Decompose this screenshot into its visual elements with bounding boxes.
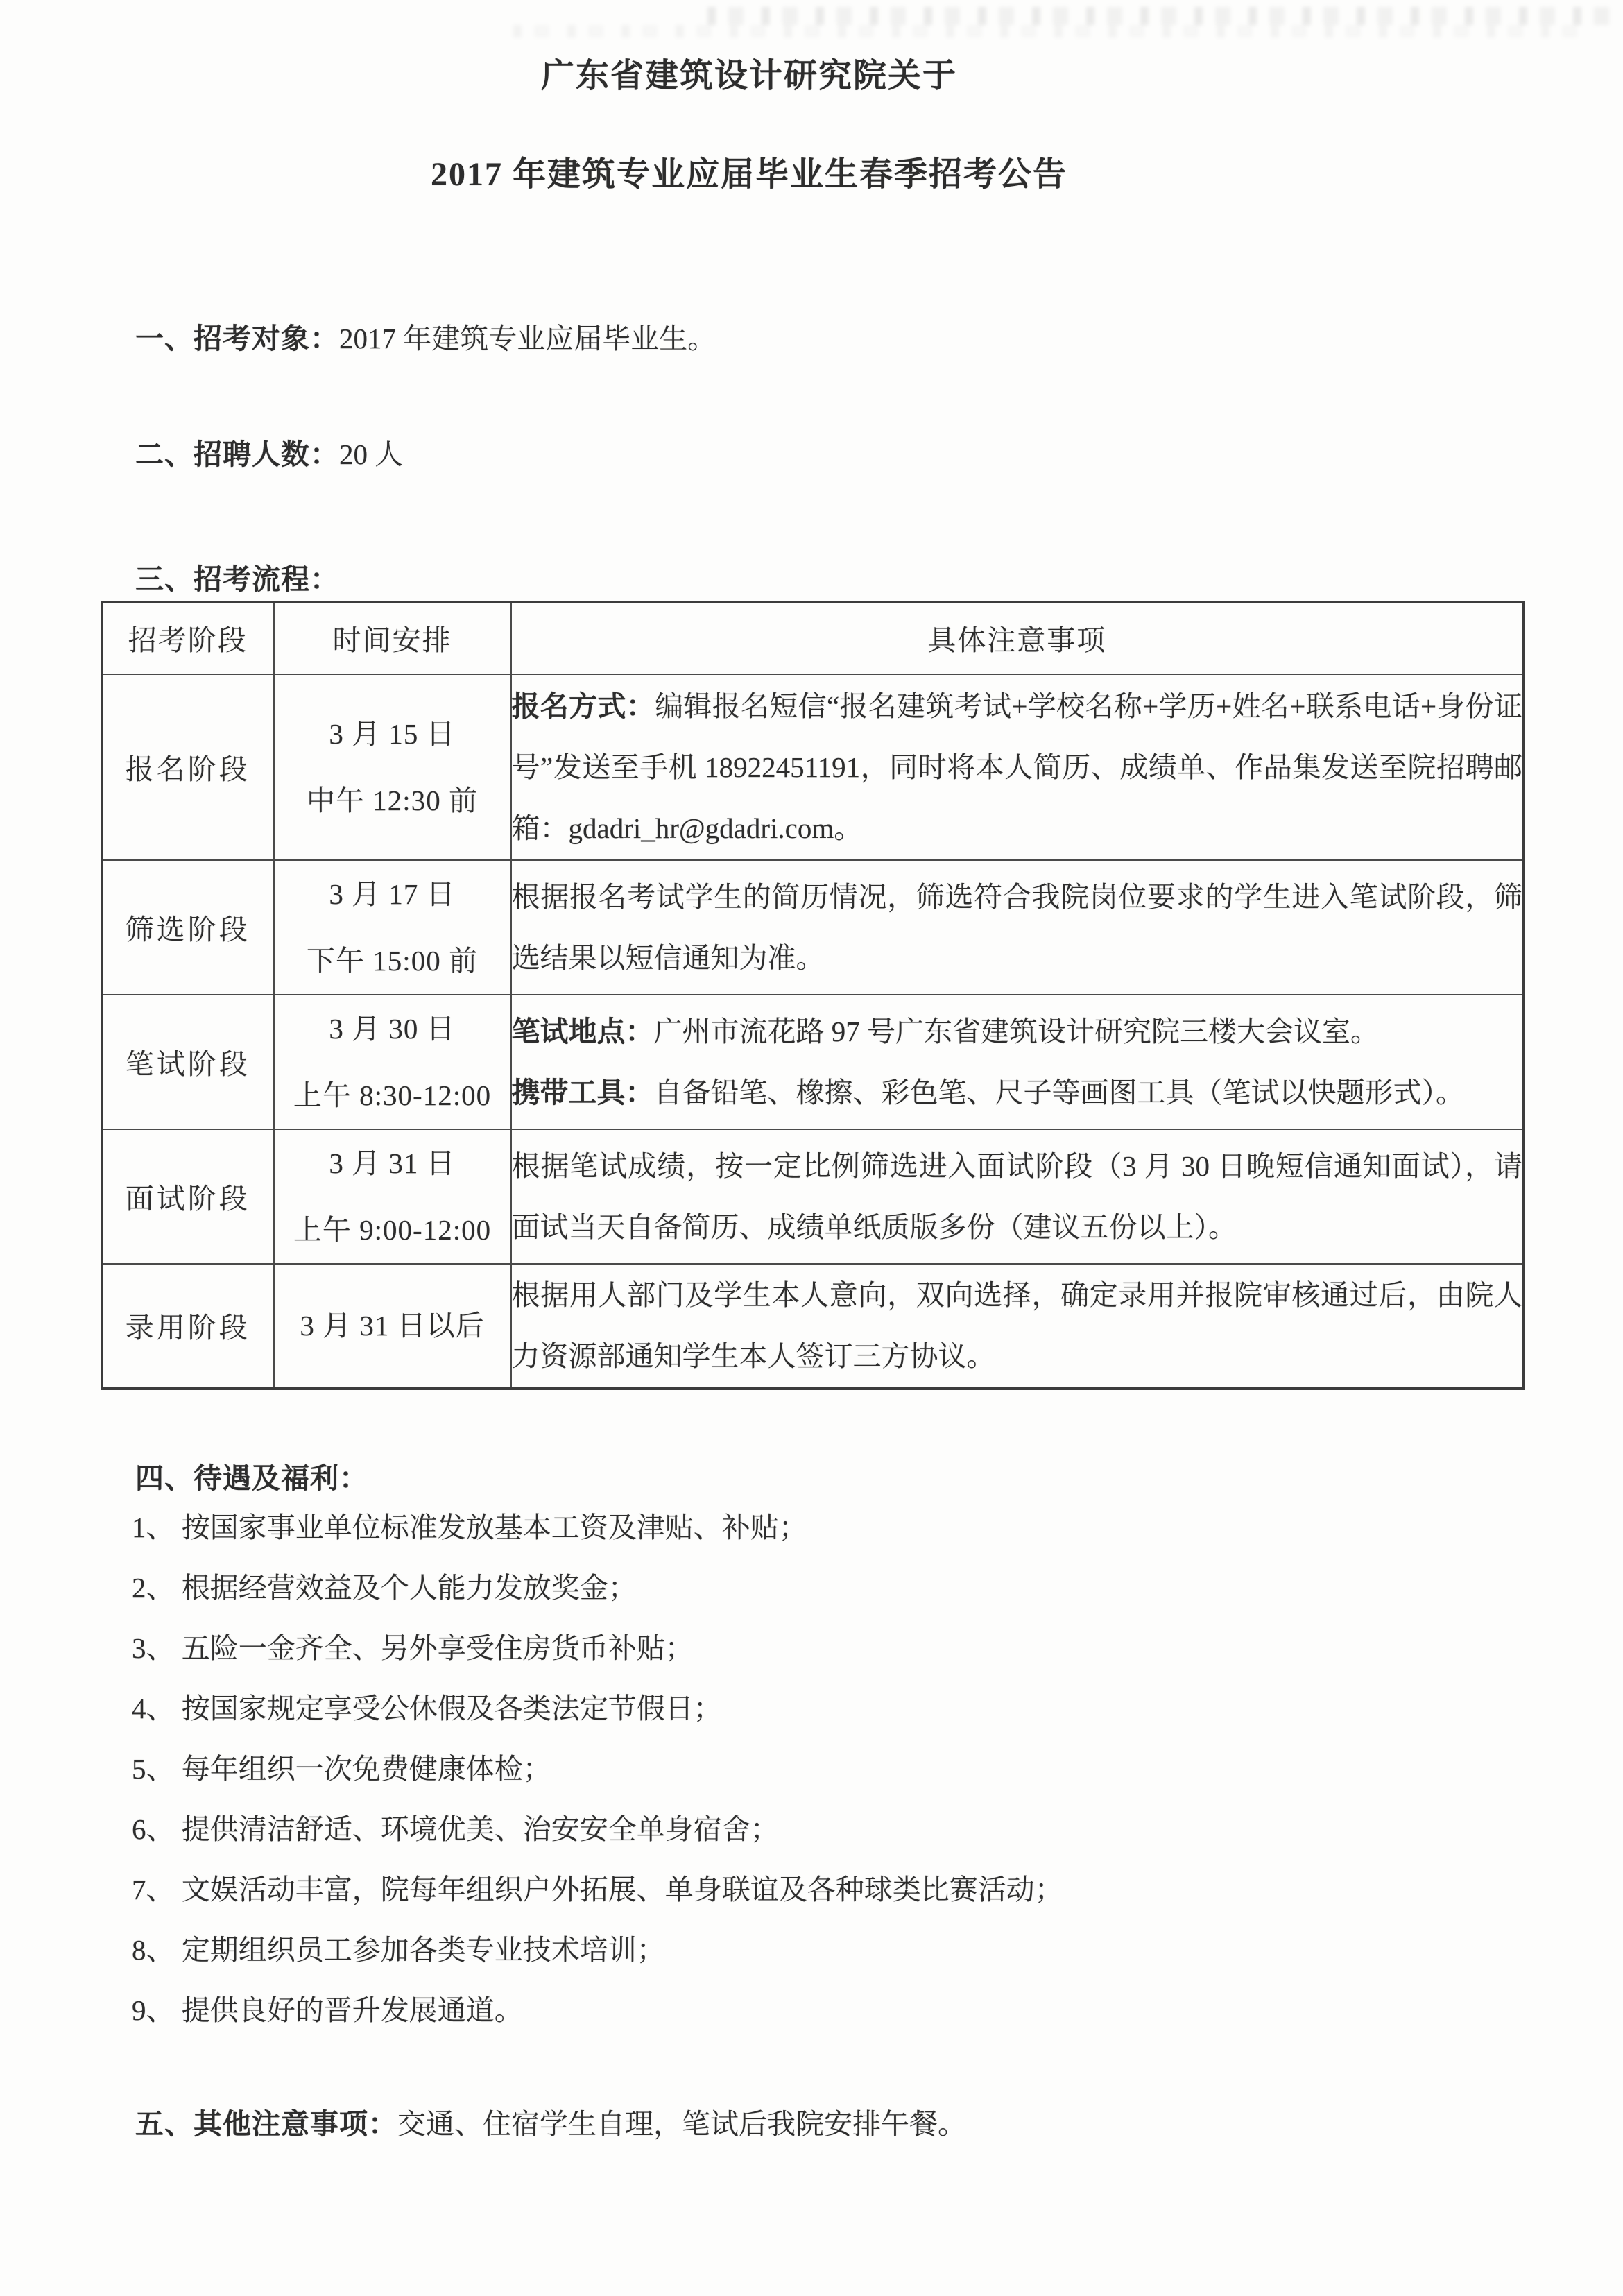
section-process-label: 三、招考流程： [135,563,339,595]
col-header-time: 时间安排 [274,602,511,674]
time-line: 3 月 17 日 [275,861,510,927]
stage-cell: 录用阶段 [102,1264,274,1389]
time-line: 上午 8:30-12:00 [275,1062,510,1129]
section-headcount-text: 20 人 [339,438,403,470]
time-line: 3 月 15 日 [275,701,510,767]
table-row: 面试阶段3 月 31 日上午 9:00-12:00根据笔试成绩，按一定比例筛选进… [102,1129,1524,1264]
section-target-label: 一、招考对象： [135,323,339,354]
time-cell: 3 月 31 日以后 [274,1264,511,1389]
notes-cell: 根据报名考试学生的简历情况，筛选符合我院岗位要求的学生进入笔试阶段，筛选结果以短… [511,860,1524,995]
time-line: 上午 9:00-12:00 [275,1197,510,1263]
table-row: 录用阶段3 月 31 日以后根据用人部门及学生本人意向，双向选择，确定录用并报院… [102,1264,1524,1389]
benefit-item: 7、 文娱活动丰富，院每年组织户外拓展、单身联谊及各种球类比赛活动； [132,1860,1519,1920]
section-target-text: 2017 年建筑专业应届毕业生。 [339,323,716,354]
notes-cell: 报名方式：编辑报名短信“报名建筑考试+学校名称+学历+姓名+联系电话+身份证号”… [511,674,1524,860]
benefit-item: 5、 每年组织一次免费健康体检； [132,1739,1519,1799]
benefits-list: 1、 按国家事业单位标准发放基本工资及津贴、补贴；2、 根据经营效益及个人能力发… [0,1498,1623,2041]
section-process: 三、招考流程： [135,564,1519,594]
time-cell: 3 月 15 日中午 12:30 前 [274,674,511,860]
benefit-item: 2、 根据经营效益及个人能力发放奖金； [132,1558,1519,1618]
stage-cell: 筛选阶段 [102,860,274,995]
table-row: 笔试阶段3 月 30 日上午 8:30-12:00笔试地点：广州市流花路 97 … [102,995,1524,1129]
benefit-item: 6、 提供清洁舒适、环境优美、治安安全单身宿舍； [132,1799,1519,1860]
notes-cell: 根据用人部门及学生本人意向，双向选择，确定录用并报院审核通过后，由院人力资源部通… [511,1264,1524,1389]
section-benefits-heading: 四、待遇及福利： [135,1463,1519,1493]
time-cell: 3 月 31 日上午 9:00-12:00 [274,1129,511,1264]
scan-bleed-artifact [513,25,1595,37]
section-headcount-label: 二、招聘人数： [135,438,339,470]
benefit-item: 3、 五险一金齐全、另外享受住房货币补贴； [132,1618,1519,1679]
section-benefits-label: 四、待遇及福利： [135,1462,368,1494]
time-cell: 3 月 17 日下午 15:00 前 [274,860,511,995]
col-header-notes: 具体注意事项 [511,602,1524,674]
benefit-item: 9、 提供良好的晋升发展通道。 [132,1980,1519,2041]
table-row: 筛选阶段3 月 17 日下午 15:00 前根据报名考试学生的简历情况，筛选符合… [102,860,1524,995]
section-other-text: 交通、住宿学生自理，笔试后我院安排午餐。 [397,2108,966,2140]
time-line: 中午 12:30 前 [275,767,510,834]
note-paragraph: 报名方式：编辑报名短信“报名建筑考试+学校名称+学历+姓名+联系电话+身份证号”… [512,676,1523,859]
benefit-item: 4、 按国家规定享受公休假及各类法定节假日； [132,1679,1519,1739]
time-line: 3 月 31 日 [275,1130,510,1197]
note-paragraph: 根据用人部门及学生本人意向，双向选择，确定录用并报院审核通过后，由院人力资源部通… [512,1265,1523,1387]
doc-title-line2: 2017 年建筑专业应届毕业生春季招考公告 [0,155,1498,194]
col-header-stage: 招考阶段 [102,602,274,674]
doc-title-line1: 广东省建筑设计研究院关于 [0,57,1498,96]
document-page: 广东省建筑设计研究院关于 2017 年建筑专业应届毕业生春季招考公告 一、招考对… [0,0,1623,2296]
notes-cell: 根据笔试成绩，按一定比例筛选进入面试阶段（3 月 30 日晚短信通知面试），请面… [511,1129,1524,1264]
note-paragraph: 根据报名考试学生的简历情况，筛选符合我院岗位要求的学生进入笔试阶段，筛选结果以短… [512,866,1523,988]
scan-bleed-artifact [707,7,1616,25]
note-label: 携带工具： [512,1077,654,1108]
note-label: 笔试地点： [512,1016,654,1047]
note-label: 报名方式： [512,690,655,722]
table-header-row: 招考阶段 时间安排 具体注意事项 [102,602,1524,674]
note-paragraph: 笔试地点：广州市流花路 97 号广东省建筑设计研究院三楼大会议室。 [512,1001,1523,1062]
note-paragraph: 根据笔试成绩，按一定比例筛选进入面试阶段（3 月 30 日晚短信通知面试），请面… [512,1136,1523,1258]
section-recruit-target: 一、招考对象：2017 年建筑专业应届毕业生。 [135,323,1519,354]
table-row: 报名阶段3 月 15 日中午 12:30 前报名方式：编辑报名短信“报名建筑考试… [102,674,1524,860]
stage-cell: 面试阶段 [102,1129,274,1264]
note-paragraph: 携带工具：自备铅笔、橡擦、彩色笔、尺子等画图工具（笔试以快题形式）。 [512,1062,1523,1123]
time-line: 3 月 31 日以后 [275,1292,510,1359]
section-other-label: 五、其他注意事项： [135,2108,397,2140]
time-cell: 3 月 30 日上午 8:30-12:00 [274,995,511,1129]
benefit-item: 1、 按国家事业单位标准发放基本工资及津贴、补贴； [132,1498,1519,1558]
time-line: 下午 15:00 前 [275,927,510,994]
stage-cell: 报名阶段 [102,674,274,860]
time-line: 3 月 30 日 [275,995,510,1062]
recruitment-process-table: 招考阶段 时间安排 具体注意事项 报名阶段3 月 15 日中午 12:30 前报… [101,601,1525,1390]
section-headcount: 二、招聘人数：20 人 [135,439,1519,470]
stage-cell: 笔试阶段 [102,995,274,1129]
notes-cell: 笔试地点：广州市流花路 97 号广东省建筑设计研究院三楼大会议室。携带工具：自备… [511,995,1524,1129]
section-other-notes: 五、其他注意事项：交通、住宿学生自理，笔试后我院安排午餐。 [135,2109,1519,2139]
benefit-item: 8、 定期组织员工参加各类专业技术培训； [132,1920,1519,1980]
